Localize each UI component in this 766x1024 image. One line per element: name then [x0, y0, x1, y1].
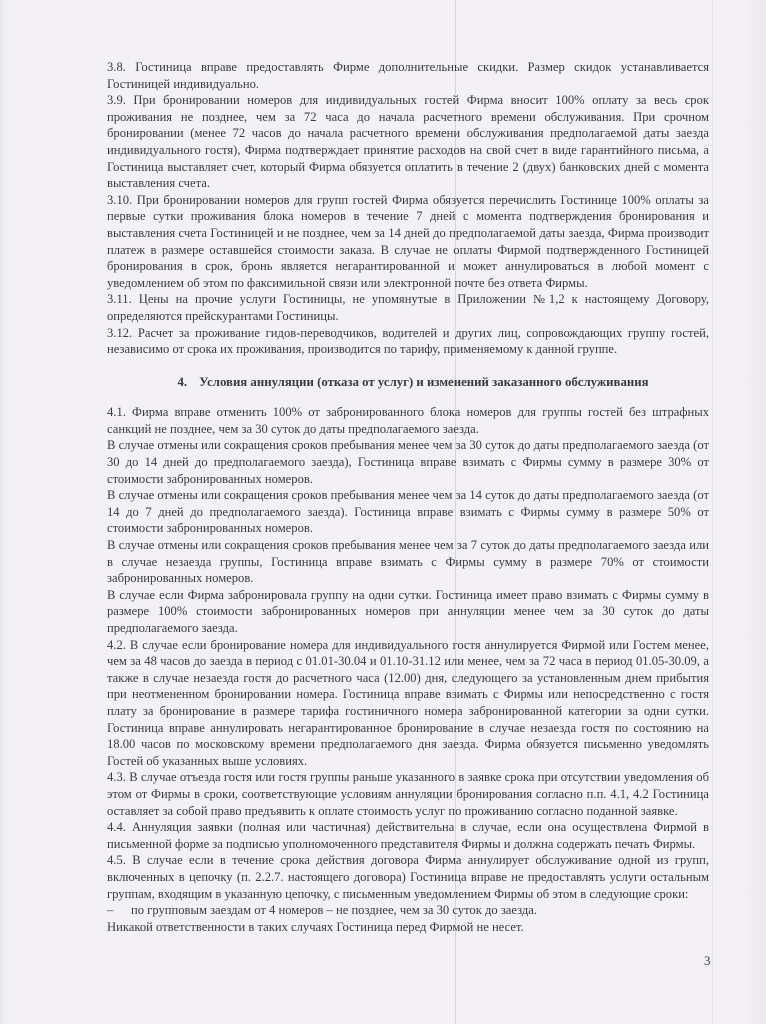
- dash-bullet: –: [107, 902, 131, 919]
- section-4-heading: 4.Условия аннуляции (отказа от услуг) и …: [107, 374, 709, 391]
- list-item-text: по групповым заездам от 4 номеров – не п…: [131, 903, 537, 917]
- paragraph-4-1-70pct: В случае отмены или сокращения сроков пр…: [107, 537, 709, 587]
- page-number: 3: [704, 953, 711, 969]
- paragraph-3-8: 3.8. Гостиница вправе предоставлять Фирм…: [107, 59, 709, 92]
- paragraph-4-1-50pct: В случае отмены или сокращения сроков пр…: [107, 487, 709, 537]
- list-item: –по групповым заездам от 4 номеров – не …: [107, 902, 709, 919]
- paragraph-3-12: 3.12. Расчет за проживание гидов-перевод…: [107, 325, 709, 358]
- paragraph-4-5: 4.5. В случае если в течение срока дейст…: [107, 852, 709, 902]
- paragraph-4-3: 4.3. В случае отъезда гостя или гостя гр…: [107, 769, 709, 819]
- paragraph-3-11: 3.11. Цены на прочие услуги Гостиницы, н…: [107, 291, 709, 324]
- document-body: 3.8. Гостиница вправе предоставлять Фирм…: [107, 59, 709, 935]
- paragraph-4-4: 4.4. Аннуляция заявки (полная или частич…: [107, 819, 709, 852]
- closing-paragraph: Никакой ответственности в таких случаях …: [107, 919, 709, 936]
- paragraph-4-1-one-night: В случае если Фирма забронировала группу…: [107, 587, 709, 637]
- scan-edge-line: [712, 0, 713, 1024]
- paragraph-3-10: 3.10. При бронировании номеров для групп…: [107, 192, 709, 292]
- section-4-number: 4.: [177, 375, 187, 389]
- document-page: 3.8. Гостиница вправе предоставлять Фирм…: [0, 0, 766, 1024]
- section-4-title: Условия аннуляции (отказа от услуг) и из…: [199, 375, 648, 389]
- paragraph-4-2: 4.2. В случае если бронирование номера д…: [107, 637, 709, 770]
- paragraph-3-9: 3.9. При бронировании номеров для индиви…: [107, 92, 709, 192]
- paragraph-4-1-30pct: В случае отмены или сокращения сроков пр…: [107, 437, 709, 487]
- paragraph-4-1: 4.1. Фирма вправе отменить 100% от забро…: [107, 404, 709, 437]
